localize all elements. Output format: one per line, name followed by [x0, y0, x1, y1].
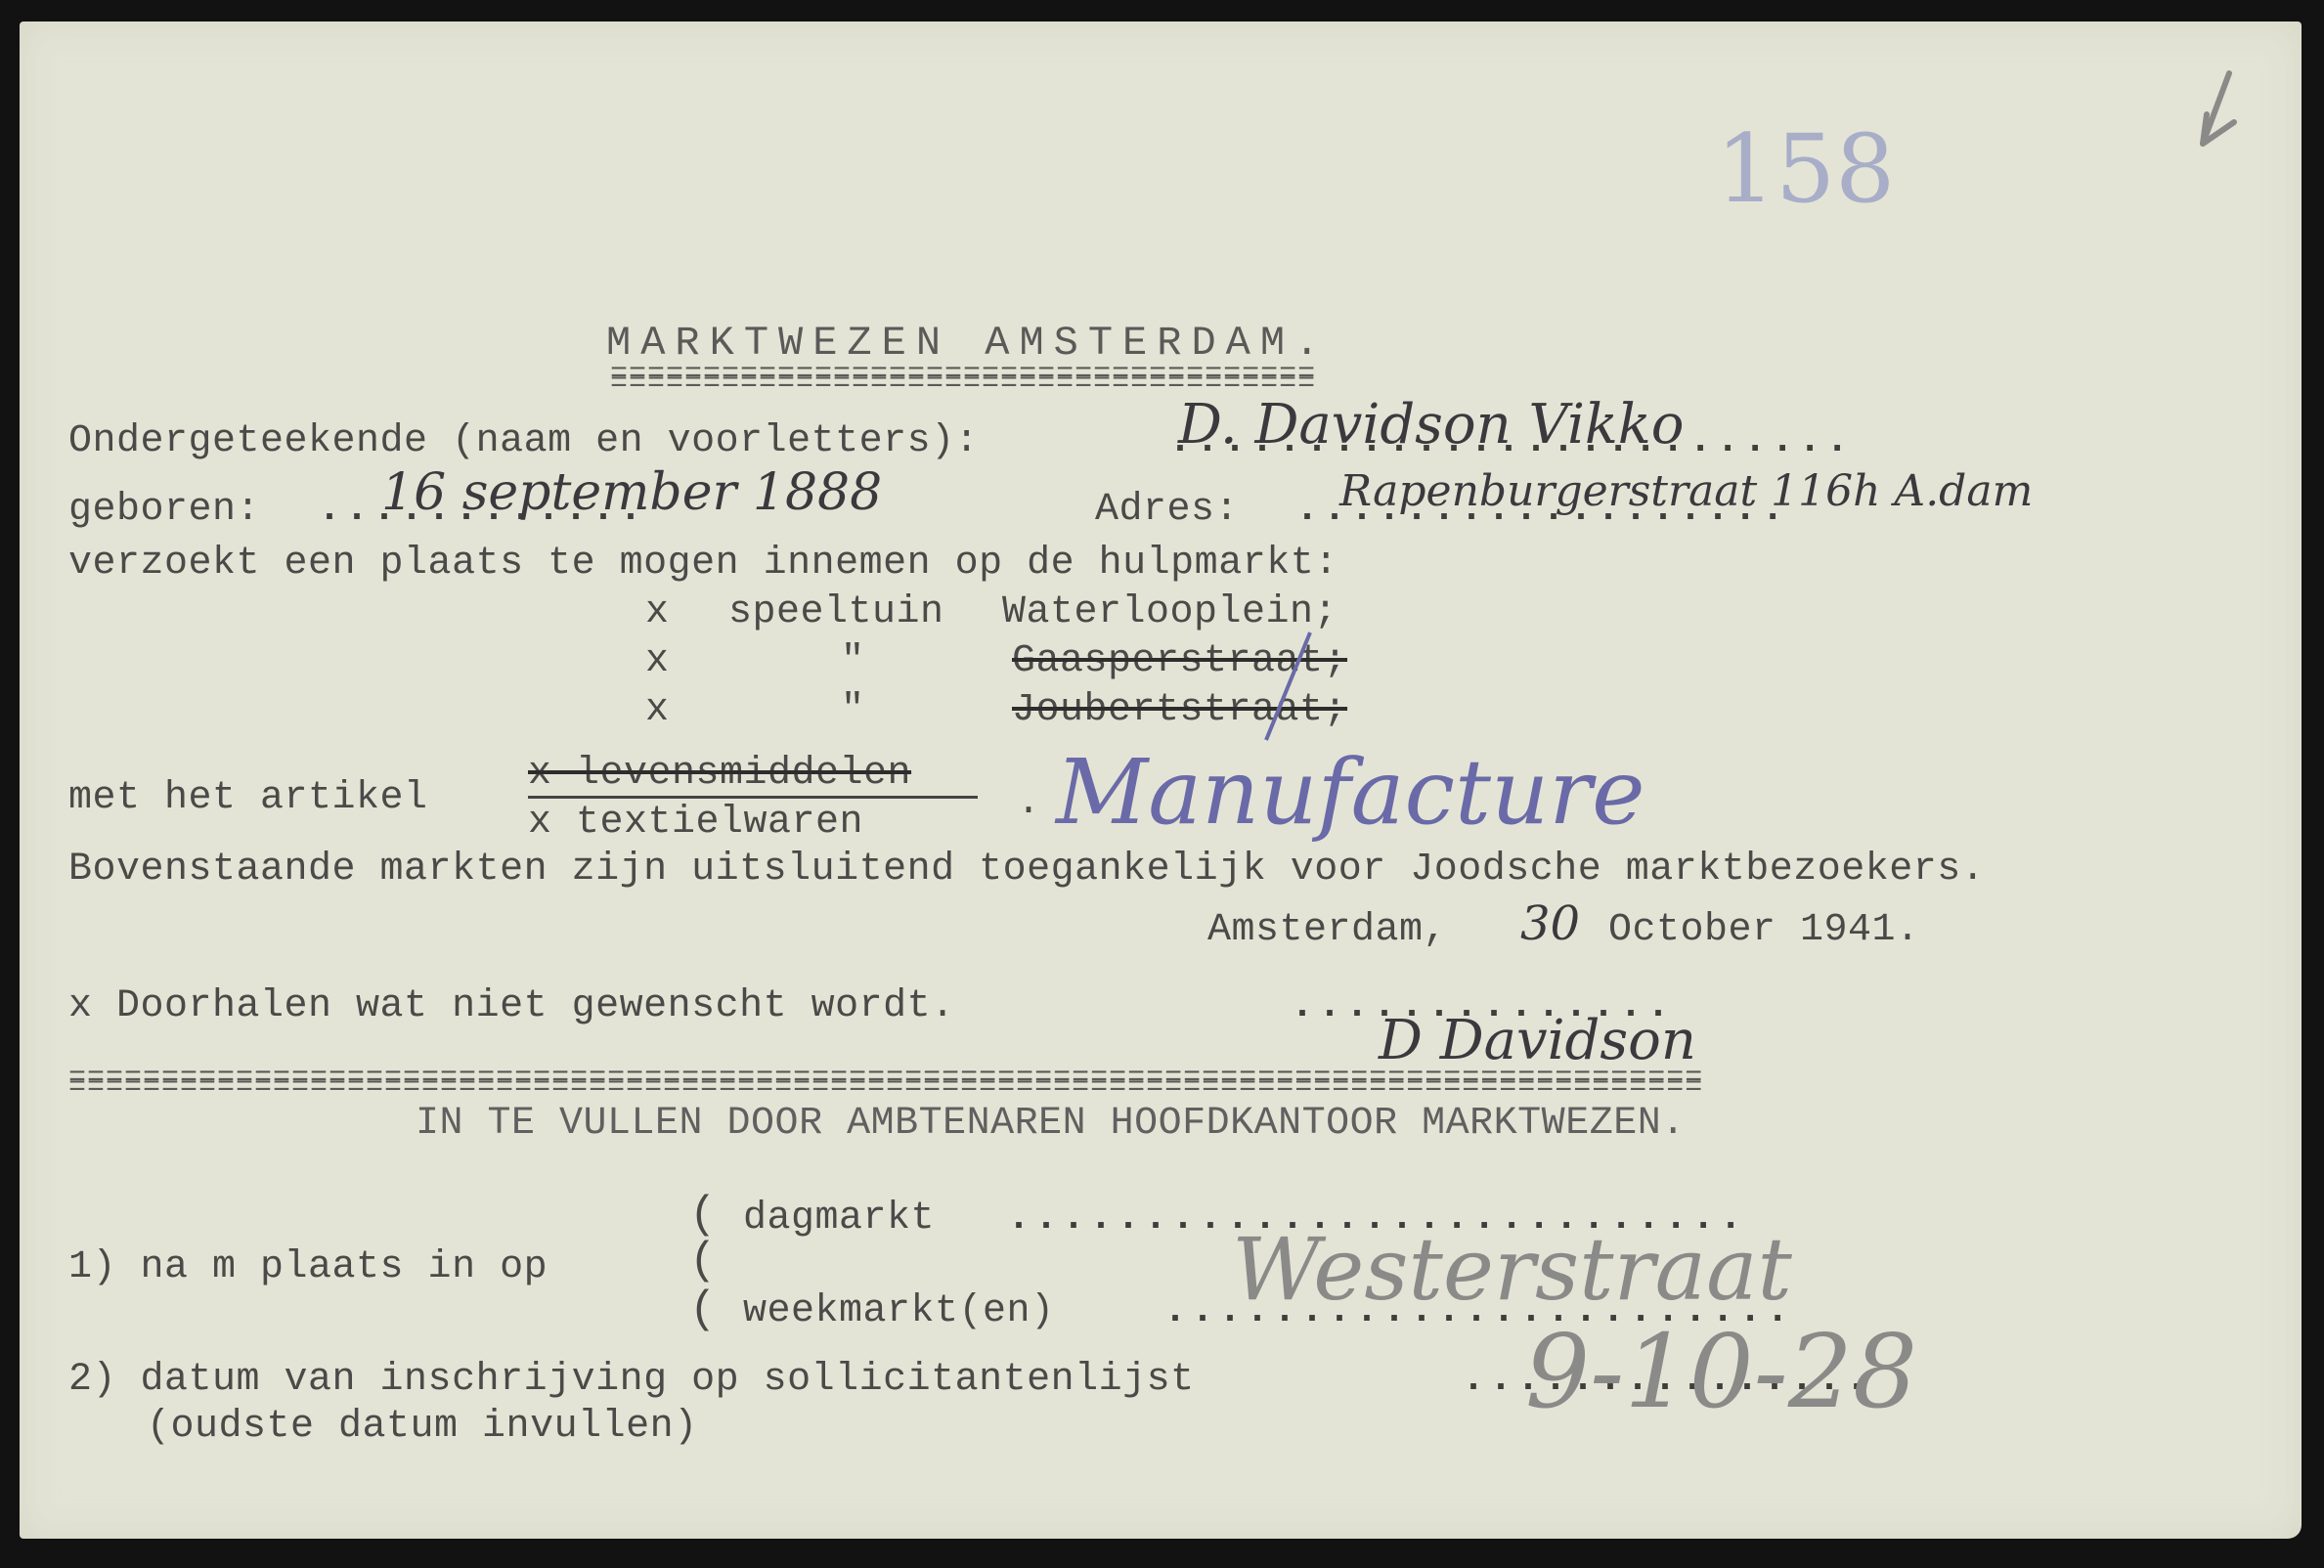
section-double-rule-2: ========================================…	[68, 1079, 1703, 1097]
brace-bottom: (	[689, 1287, 717, 1332]
market-mark-1[interactable]: x	[645, 593, 670, 632]
item1-day-label: dagmarkt	[743, 1199, 935, 1239]
item1-value[interactable]: Westerstraat	[1232, 1219, 1792, 1320]
market-mark-2[interactable]: x	[645, 642, 670, 681]
request-line: verzoekt een plaats te mogen innemen op …	[68, 544, 1338, 584]
article-option-textielwaren[interactable]: x textielwaren	[528, 804, 863, 843]
born-label: geboren:	[68, 491, 260, 530]
date-month-year: October 1941.	[1608, 911, 1920, 950]
brace-top: (	[689, 1193, 717, 1238]
place-city: Amsterdam,	[1207, 911, 1447, 950]
article-divider	[528, 796, 978, 799]
folio-number: 158	[1716, 114, 1895, 224]
item2-value[interactable]: 9-10-28	[1525, 1312, 1917, 1431]
date-day[interactable]: 30	[1520, 896, 1580, 951]
address-value[interactable]: Rapenburgerstraat 116h A.dam	[1339, 466, 2033, 516]
title-double-rule-2: ======================================	[610, 375, 1316, 393]
strike-slash-icon	[1251, 628, 1330, 745]
arrow-mark-icon	[2185, 65, 2254, 173]
item1-week-label: weekmarkt(en)	[743, 1292, 1055, 1331]
article-label: met het artikel	[68, 779, 428, 818]
address-label: Adres:	[1095, 491, 1239, 530]
market-prefix-2: "	[841, 642, 865, 681]
market-name-1[interactable]: Waterlooplein;	[1002, 593, 1337, 632]
notice-text: Bovenstaande markten zijn uitsluitend to…	[68, 850, 1985, 890]
article-handwritten[interactable]: Manufacture	[1056, 740, 1645, 845]
item2-label: 2) datum van inschrijving op sollicitant…	[68, 1361, 1195, 1400]
document-card: 158 MARKTWEZEN AMSTERDAM. ==============…	[20, 22, 2302, 1539]
market-prefix-1: speeltuin	[728, 593, 944, 632]
market-prefix-3: "	[841, 691, 865, 730]
official-section-header: IN TE VULLEN DOOR AMBTENAREN HOOFDKANTOO…	[416, 1105, 1686, 1144]
article-period: .	[1017, 784, 1041, 823]
item1-label: 1) na m plaats in op	[68, 1248, 548, 1287]
article-option-levensmiddelen[interactable]: x levensmiddelen	[528, 755, 911, 794]
market-mark-3[interactable]: x	[645, 691, 670, 730]
name-label: Ondergeteekende (naam en voorletters):	[68, 422, 979, 461]
name-value[interactable]: D. Davidson Vikko	[1178, 393, 1684, 457]
footnote: x Doorhalen wat niet gewenscht wordt.	[68, 987, 955, 1026]
item2-sub: (oudste datum invullen)	[147, 1408, 698, 1447]
born-value[interactable]: 16 september 1888	[381, 463, 882, 522]
brace-mid: (	[689, 1239, 717, 1284]
